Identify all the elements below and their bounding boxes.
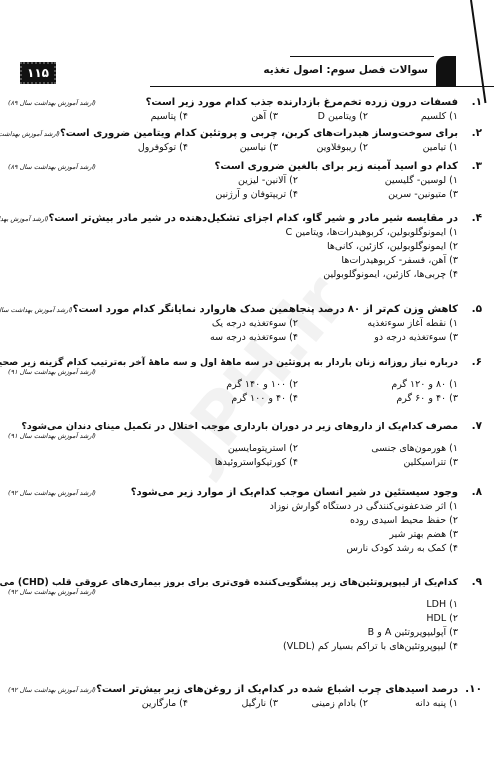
question-4: ۴.در مقایسه شیر مادر و شیر گاو، کدام اجز… bbox=[8, 212, 482, 280]
option[interactable]: ۱) هورمون‌های جنسی bbox=[298, 443, 458, 454]
question-9: ۹.کدام‌یک از لیپوپروتئین‌های زیر پیشگویی… bbox=[8, 576, 482, 652]
option[interactable]: ۲) ۱۰۰ و ۱۴۰ گرم bbox=[138, 379, 298, 390]
question-source: (ارشد آموزش بهداشت سال ۹۲) bbox=[8, 489, 96, 497]
option[interactable]: ۳) آپولیپوپروتئین A و B bbox=[8, 627, 458, 638]
option[interactable]: ۳) آهن bbox=[188, 111, 278, 122]
question-source: (ارشد آموزش بهداشت سال ۸۹) bbox=[8, 163, 96, 171]
option[interactable]: ۴) کورتیکواستروئیدها bbox=[138, 457, 298, 468]
option[interactable]: ۱) کلسیم bbox=[368, 111, 458, 122]
question-3: ۳.کدام دو اسید آمینه زیر برای بالغین ضرو… bbox=[8, 160, 482, 200]
option[interactable]: ۱) LDH bbox=[8, 599, 458, 610]
option[interactable]: ۴) چربی‌ها، کازئین، ایمونوگلوبولین bbox=[8, 269, 458, 280]
option[interactable]: ۳) تتراسیکلین bbox=[298, 457, 458, 468]
question-8: ۸.وجود سیستئین در شیر انسان موجب کدام‌یک… bbox=[8, 486, 482, 554]
option[interactable]: ۳) هضم بهتر شیر bbox=[8, 529, 458, 540]
question-text: کاهش وزن کم‌تر از ۸۰ درصد پنجاهمین صدک ه… bbox=[73, 304, 458, 315]
option[interactable]: ۱) تیامین bbox=[368, 142, 458, 153]
question-1: ۱.فسفات درون زرده تخم‌مرغ بازدارنده جذب … bbox=[8, 96, 482, 122]
option[interactable]: ۱) ۸۰ و ۱۲۰ گرم bbox=[298, 379, 458, 390]
question-number: ۸. bbox=[458, 486, 482, 498]
question-source: (ارشد آموزش بهداشت سال ۹۱) bbox=[0, 306, 73, 314]
question-number: ۷. bbox=[458, 420, 482, 432]
option[interactable]: ۱) اثر ضدعفونی‌کنندگی در دستگاه گوارش نو… bbox=[8, 501, 458, 512]
question-text: درصد اسیدهای چرب اشباع شده در کدام‌یک از… bbox=[96, 684, 458, 695]
question-7: ۷.مصرف کدام‌یک از داروهای زیر در دوران ب… bbox=[8, 420, 482, 468]
option[interactable]: ۳) سوءتغذیه درجه دو bbox=[298, 332, 458, 343]
option[interactable]: ۳) نارگیل bbox=[188, 698, 278, 709]
question-number: ۱۰. bbox=[458, 683, 482, 695]
option[interactable]: ۳) نیاسین bbox=[188, 142, 278, 153]
header-rule-bottom bbox=[150, 86, 494, 87]
option[interactable]: ۱) پنبه دانه bbox=[368, 698, 458, 709]
option[interactable]: ۴) کمک به رشد کودک نارس bbox=[8, 543, 458, 554]
option[interactable]: ۴) مارگارین bbox=[98, 698, 188, 709]
question-source: (ارشد آموزش بهداشت سال ۸۹) bbox=[8, 99, 96, 107]
option[interactable]: ۱) لوسین- گلیسین bbox=[298, 175, 458, 186]
option[interactable]: ۲) بادام زمینی bbox=[278, 698, 368, 709]
question-source: (ارشد آموزش بهداشت سال ۹۲) bbox=[8, 686, 96, 694]
question-6: ۶.درباره نیاز روزانه زنان باردار به پروت… bbox=[8, 356, 482, 404]
option[interactable]: ۲) ویتامین D bbox=[278, 111, 368, 122]
option[interactable]: ۳) ۴۰ و ۶۰ گرم bbox=[298, 393, 458, 404]
option[interactable]: ۲) استرپتومایسین bbox=[138, 443, 298, 454]
question-number: ۵. bbox=[458, 303, 482, 315]
option[interactable]: ۴) تریپتوفان و آرژنین bbox=[138, 189, 298, 200]
option[interactable]: ۴) پتاسیم bbox=[98, 111, 188, 122]
option[interactable]: ۱) ایمونوگلوبولین، کربوهیدرات‌ها، ویتامی… bbox=[8, 227, 458, 238]
question-source: (ارشد آموزش بهداشت سال ۸۹) bbox=[0, 130, 60, 138]
question-number: ۱. bbox=[458, 96, 482, 108]
question-source: (ارشد آموزش بهداشت سال ۹۱) bbox=[8, 432, 482, 440]
question-text: کدام‌یک از لیپوپروتئین‌های زیر پیشگویی‌ک… bbox=[0, 577, 458, 588]
question-number: ۹. bbox=[458, 576, 482, 588]
option[interactable]: ۲) ریبوفلاوین bbox=[278, 142, 368, 153]
option[interactable]: ۳) متیونین- سرین bbox=[298, 189, 458, 200]
question-text: درباره نیاز روزانه زنان باردار به پروتئی… bbox=[0, 357, 458, 368]
header-tab-icon bbox=[436, 56, 456, 86]
question-number: ۲. bbox=[458, 127, 482, 139]
question-number: ۴. bbox=[458, 212, 482, 224]
question-text: وجود سیستئین در شیر انسان موجب کدام‌یک ا… bbox=[131, 487, 458, 498]
option[interactable]: ۲) ایمونوگلوبولین، کازئین، کانی‌ها bbox=[8, 241, 458, 252]
option[interactable]: ۱) نقطه آغاز سوءتغذیه bbox=[298, 318, 458, 329]
question-text: مصرف کدام‌یک از داروهای زیر در دوران بار… bbox=[21, 421, 458, 432]
option[interactable]: ۲) آلانین- لیزین bbox=[138, 175, 298, 186]
option[interactable]: ۴) سوءتغذیه درجه سه bbox=[138, 332, 298, 343]
header-rule-top bbox=[290, 56, 434, 57]
question-text: در مقایسه شیر مادر و شیر گاو، کدام اجزای… bbox=[48, 213, 458, 224]
question-5: ۵.کاهش وزن کم‌تر از ۸۰ درصد پنجاهمین صدک… bbox=[8, 303, 482, 343]
textbook-page: JPH.ir ۱۱۵ سوالات فصل سوم: اصول تغذیه ۱.… bbox=[0, 0, 496, 768]
chapter-title: سوالات فصل سوم: اصول تغذیه bbox=[263, 64, 428, 76]
question-text: کدام دو اسید آمینه زیر برای بالغین ضروری… bbox=[215, 161, 458, 172]
question-source: (ارشد آموزش بهداشت سال ۹۱) bbox=[8, 368, 482, 376]
page-number: ۱۱۵ bbox=[20, 62, 56, 84]
question-10: ۱۰.درصد اسیدهای چرب اشباع شده در کدام‌یک… bbox=[8, 683, 482, 709]
option[interactable]: ۲) سوءتغذیه درجه یک bbox=[138, 318, 298, 329]
question-2: ۲.برای سوخت‌وساز هیدرات‌های کربن، چربی و… bbox=[8, 127, 482, 153]
decorative-line bbox=[470, 0, 486, 103]
option[interactable]: ۲) HDL bbox=[8, 613, 458, 624]
question-number: ۳. bbox=[458, 160, 482, 172]
question-number: ۶. bbox=[458, 356, 482, 368]
question-source: (ارشد آموزش بهداشت سال ۹۲) bbox=[8, 588, 482, 596]
question-source: (ارشد آموزش بهداشت سال ۹۰) bbox=[0, 215, 48, 223]
question-text: فسفات درون زرده تخم‌مرغ بازدارنده جذب کد… bbox=[146, 97, 458, 108]
option[interactable]: ۴) ۴۰ و ۱۰۰ گرم bbox=[138, 393, 298, 404]
question-text: برای سوخت‌وساز هیدرات‌های کربن، چربی و پ… bbox=[60, 128, 458, 139]
option[interactable]: ۳) آهن، فسفر- کربوهیدرات‌ها bbox=[8, 255, 458, 266]
option[interactable]: ۴) توکوفرول bbox=[98, 142, 188, 153]
option[interactable]: ۴) لیپوپروتئین‌های با تراکم بسیار کم (VL… bbox=[8, 641, 458, 652]
option[interactable]: ۲) حفظ محیط اسیدی روده bbox=[8, 515, 458, 526]
